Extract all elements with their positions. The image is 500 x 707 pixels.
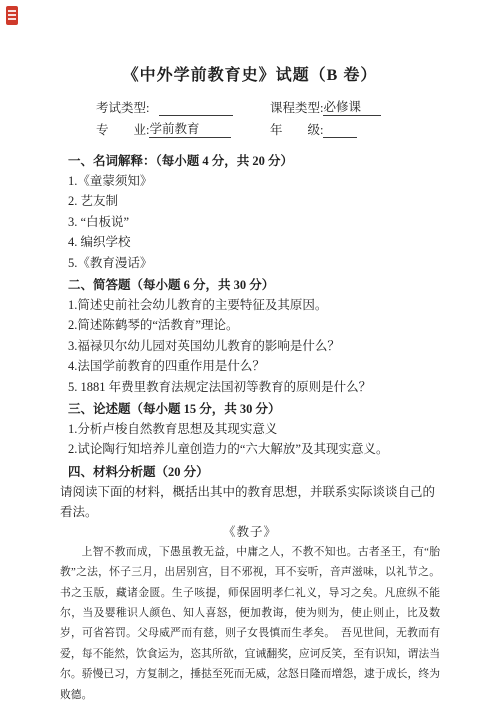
section-4-heading: 四、材料分析题（20 分） [68, 462, 440, 482]
section-1-heading: 一、名词解释：（每小题 4 分，共 20 分） [68, 151, 440, 171]
material-title: 《教子》 [60, 523, 440, 542]
section-2-item-1: 1.简述史前社会幼儿教育的主要特征及其原因。 [68, 295, 440, 315]
section-1-item-3: 3. “白板说” [68, 212, 440, 232]
major-field: 专 业:学前教育 [96, 120, 270, 138]
section-1-item-5: 5.《教育漫话》 [68, 253, 440, 273]
section-1-item-2: 2. 艺友制 [68, 191, 440, 211]
section-3-item-1: 1.分析卢梭自然教育思想及其现实意义 [68, 419, 440, 439]
section-2-item-5: 5. 1881 年费里教育法规定法国初等教育的原则是什么？ [68, 377, 440, 397]
section-2-item-3: 3.福禄贝尔幼儿园对英国幼儿教育的影响是什么？ [68, 336, 440, 356]
section-2-heading: 二、简答题（每小题 6 分，共 30 分） [68, 275, 440, 295]
course-type-value: 必修课 [323, 100, 381, 116]
course-type-field: 课程类型:必修课 [270, 98, 440, 116]
header-row-1: 考试类型: 课程类型:必修课 [96, 94, 440, 116]
exam-body: 一、名词解释：（每小题 4 分，共 20 分） 1.《童蒙须知》 2. 艺友制 … [60, 151, 440, 705]
section-2-item-2: 2.简述陈鹤琴的“活教育”理论。 [68, 315, 440, 335]
page-title: 《中外学前教育史》试题（B 卷） [0, 0, 500, 85]
grade-blank [323, 137, 357, 138]
section-1-item-4: 4. 编织学校 [68, 232, 440, 252]
header-fields: 考试类型: 课程类型:必修课 专 业:学前教育 年 级: [60, 94, 440, 138]
material-text: 上智不教而成，下愚虽教无益，中庸之人，不教不知也。古者圣王，有“胎教”之法，怀子… [60, 542, 440, 705]
major-label: 专 业: [96, 123, 149, 137]
red-stamp-icon [6, 6, 18, 25]
section-2-item-4: 4.法国学前教育的四重作用是什么？ [68, 356, 440, 376]
section-4-instruction: 请阅读下面的材料，概括出其中的教育思想，并联系实际谈谈自己的看法。 [60, 482, 440, 523]
grade-label: 年 级: [270, 123, 323, 137]
section-3-heading: 三、论述题（每小题 15 分，共 30 分） [68, 399, 440, 419]
section-3-item-2: 2.试论陶行知培养儿童创造力的“六大解放”及其现实意义。 [68, 439, 440, 459]
section-1-item-1: 1.《童蒙须知》 [68, 171, 440, 191]
course-type-label: 课程类型: [270, 101, 323, 115]
exam-type-blank [159, 115, 233, 116]
exam-type-field: 考试类型: [96, 98, 270, 116]
exam-type-label: 考试类型: [96, 101, 149, 115]
major-value: 学前教育 [149, 122, 231, 138]
grade-field: 年 级: [270, 120, 440, 138]
header-row-2: 专 业:学前教育 年 级: [96, 116, 440, 138]
